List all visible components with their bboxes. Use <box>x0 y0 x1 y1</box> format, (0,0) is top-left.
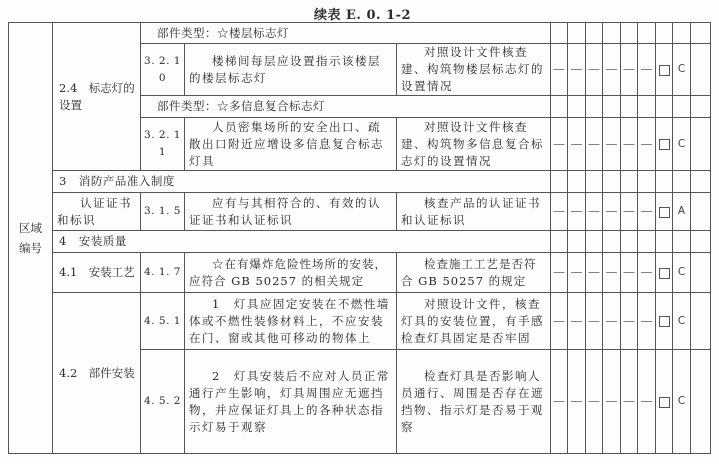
dash-mark: — <box>586 118 603 171</box>
checkbox-icon[interactable] <box>659 316 670 327</box>
checkbox-cell[interactable] <box>656 253 673 293</box>
section-3-heading: 3 消防产品准入制度 <box>53 171 551 193</box>
dash-mark: — <box>638 118 656 171</box>
table-title: 续表 E. 0. 1-2 <box>0 4 719 23</box>
dash-mark: — <box>586 253 603 293</box>
dash-mark: — <box>638 193 656 231</box>
dash-mark: — <box>638 44 656 96</box>
item-4-2-label: 4.2 部件安装 <box>53 293 141 454</box>
dash-mark: — <box>568 44 586 96</box>
item-label: 认证证书和标识 <box>53 193 141 231</box>
level-code: A <box>673 193 691 231</box>
dash-mark: — <box>586 44 603 96</box>
checkbox-icon[interactable] <box>659 207 670 218</box>
clause-code: 4. 5. 2 <box>141 350 185 454</box>
method-text: 对照设计文件核查建、构筑物多信息复合标志灯的设置情况 <box>397 118 551 171</box>
requirement-text: 2 灯具安装后不应对人员正常通行产生影响，灯具周围应无遮挡物，并应保证灯具上的各… <box>185 350 397 454</box>
checkbox-cell[interactable] <box>656 293 673 350</box>
dash-mark: — <box>568 350 586 454</box>
dash-mark: — <box>621 253 638 293</box>
item-2-4-label: 2.4 标志灯的 设置 <box>53 23 141 171</box>
table-row: 4.1 安装工艺 4. 1. 7 ☆在有爆炸危险性场所的安装，应符合 GB 50… <box>9 253 711 293</box>
level-code: C <box>673 44 691 96</box>
dash-mark: — <box>586 350 603 454</box>
dash-mark: — <box>568 193 586 231</box>
dash-mark: — <box>621 350 638 454</box>
checkbox-cell[interactable] <box>656 44 673 96</box>
method-text: 检查施工工艺是否符合 GB 50257 的规定 <box>397 253 551 293</box>
dash-mark: — <box>551 118 568 171</box>
table-row: 4.2 部件安装 4. 5. 1 1 灯具应固定安装在不燃性墙体或不燃性装修材料… <box>9 293 711 350</box>
level-code: C <box>673 293 691 350</box>
region-number-label: 区域 编号 <box>9 23 53 454</box>
dash-mark: — <box>568 253 586 293</box>
dash-mark: — <box>638 293 656 350</box>
dash-mark: — <box>603 293 621 350</box>
item-4-1-label: 4.1 安装工艺 <box>53 253 141 293</box>
checkbox-cell[interactable] <box>656 350 673 454</box>
dash-mark: — <box>603 44 621 96</box>
dash-mark: — <box>621 193 638 231</box>
checkbox-icon[interactable] <box>659 268 670 279</box>
level-code: C <box>673 253 691 293</box>
checkbox-cell[interactable] <box>656 118 673 171</box>
dash-mark: — <box>551 350 568 454</box>
dash-mark: — <box>603 253 621 293</box>
dash-mark: — <box>551 253 568 293</box>
method-text: 检查灯具是否影响人员通行、周围是否存在遮挡物、指示灯是否易于观察 <box>397 350 551 454</box>
level-code: C <box>673 118 691 171</box>
dash-mark: — <box>603 118 621 171</box>
dash-mark: — <box>638 253 656 293</box>
clause-code: 4. 1. 7 <box>141 253 185 293</box>
dash-mark: — <box>621 118 638 171</box>
dash-mark: — <box>551 293 568 350</box>
dash-mark: — <box>603 193 621 231</box>
level-code: C <box>673 350 691 454</box>
component-type-floor-sign: 部件类型：☆楼层标志灯 <box>141 23 551 44</box>
requirement-text: ☆在有爆炸危险性场所的安装，应符合 GB 50257 的相关规定 <box>185 253 397 293</box>
dash-mark: — <box>621 44 638 96</box>
component-type-multi-info-sign: 部件类型：☆多信息复合标志灯 <box>141 96 551 118</box>
method-text: 对照设计文件，核查灯具的安装位置，有手感检查灯具固定是否牢固 <box>397 293 551 350</box>
clause-code: 4. 5. 1 <box>141 293 185 350</box>
section-4-heading: 4 安装质量 <box>53 231 551 253</box>
dash-mark: — <box>551 193 568 231</box>
checkbox-icon[interactable] <box>659 397 670 408</box>
clause-code: 3. 2. 11 <box>141 118 185 171</box>
requirement-text: 楼梯间每层应设置指示该楼层的楼层标志灯 <box>185 44 397 96</box>
inspection-table: 区域 编号 2.4 标志灯的 设置 部件类型：☆楼层标志灯 3. 2. 10 楼… <box>8 22 711 454</box>
dash-mark: — <box>551 44 568 96</box>
requirement-text: 1 灯具应固定安装在不燃性墙体或不燃性装修材料上，不应安装在门、窗或其他可移动的… <box>185 293 397 350</box>
clause-code: 3. 1. 5 <box>141 193 185 231</box>
dash-mark: — <box>638 350 656 454</box>
method-text: 对照设计文件核查建、构筑物楼层标志灯的设置情况 <box>397 44 551 96</box>
requirement-text: 人员密集场所的安全出口、疏散出口附近应增设多信息复合标志灯具 <box>185 118 397 171</box>
dash-mark: — <box>586 193 603 231</box>
requirement-text: 应有与其相符合的、有效的认证证书和认证标识 <box>185 193 397 231</box>
dash-mark: — <box>568 118 586 171</box>
checkbox-cell[interactable] <box>656 193 673 231</box>
method-text: 核查产品的认证证书和认证标识 <box>397 193 551 231</box>
dash-mark: — <box>586 293 603 350</box>
checkbox-icon[interactable] <box>659 139 670 150</box>
checkbox-icon[interactable] <box>659 65 670 76</box>
table-row: 认证证书和标识 3. 1. 5 应有与其相符合的、有效的认证证书和认证标识 核查… <box>9 193 711 231</box>
clause-code: 3. 2. 10 <box>141 44 185 96</box>
dash-mark: — <box>621 293 638 350</box>
dash-mark: — <box>603 350 621 454</box>
dash-mark: — <box>568 293 586 350</box>
